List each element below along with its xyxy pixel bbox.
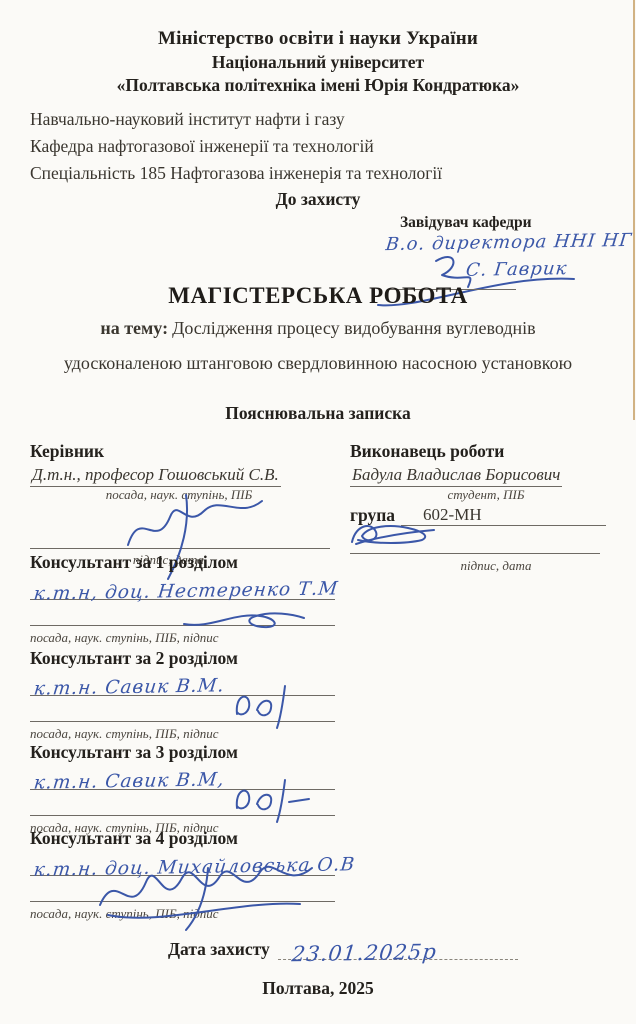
supervisor-label: Керівник: [30, 441, 342, 462]
department-head-label: Завідувач кафедри: [400, 214, 636, 232]
institute-block: Навчально-науковий інститут нафти і газу…: [30, 106, 442, 187]
topic-line-1: на тему: Дослідження процесу видобування…: [0, 318, 636, 339]
executor-label: Виконавець роботи: [350, 441, 606, 462]
consultant-3-signature-line: [30, 790, 335, 816]
executor-block: Виконавець роботи Бадула Владислав Борис…: [350, 441, 606, 574]
consultant-1-signature-icon: [180, 606, 310, 634]
specialty-line: Спеціальність 185 Нафтогазова інженерія …: [30, 160, 442, 187]
consultant-3-block: Консультант за 3 розділом к.т.н. Савик В…: [30, 742, 342, 836]
ministry-line: Міністерство освіти і науки України: [0, 28, 636, 50]
consultant-1-block: Консультант за 1 розділом к.т.н, доц. Не…: [30, 552, 342, 646]
consultant-4-signature-line: [30, 876, 335, 902]
defense-date-row: Дата захисту 23.01.2025р: [168, 936, 518, 960]
consultant-1-label: Консультант за 1 розділом: [30, 552, 342, 573]
consultant-1-handwriting-line: к.т.н, доц. Нестеренко Т.М: [30, 573, 335, 600]
city-year: Полтава, 2025: [262, 978, 373, 998]
subtitle-row: Пояснювальна записка: [0, 403, 636, 424]
department-head-signature-name: С. Гаврик: [465, 258, 569, 281]
consultant-2-signature-line: [30, 696, 335, 722]
consultant-2-label: Консультант за 2 розділом: [30, 648, 342, 669]
supervisor-name: Д.т.н., професор Гошовський С.В.: [30, 465, 281, 487]
header-block: Міністерство освіти і науки України Наці…: [0, 28, 636, 96]
topic-prefix: на тему:: [100, 318, 168, 338]
consultant-4-signature-icon: [90, 860, 320, 934]
to-defense-label: До захисту: [276, 189, 361, 209]
executor-signature-icon: [346, 516, 441, 552]
supervisor-signature-line: [30, 519, 330, 549]
page-title: МАГІСТЕРСЬКА РОБОТА: [168, 283, 467, 308]
consultant-2-signature-icon: [225, 682, 305, 732]
defense-date-handwriting: 23.01.2025р: [290, 940, 438, 967]
defense-date-line: 23.01.2025р: [278, 936, 518, 960]
consultant-4-block: Консультант за 4 розділом к.т.н. доц. Ми…: [30, 828, 342, 922]
title-row: МАГІСТЕРСЬКА РОБОТА: [0, 283, 636, 309]
consultant-3-signature-icon: [225, 776, 315, 826]
institute-line: Навчально-науковий інститут нафти і газу: [30, 106, 442, 133]
consultant-4-label: Консультант за 4 розділом: [30, 828, 342, 849]
city-row: Полтава, 2025: [0, 978, 636, 999]
executor-caption-1: студент, ПІБ: [386, 487, 586, 503]
university-line-1: Національний університет: [0, 52, 636, 73]
topic-line-2: удосконаленою штанговою свердловинною на…: [0, 353, 636, 374]
consultant-3-label: Консультант за 3 розділом: [30, 742, 342, 763]
topic-text-1: Дослідження процесу видобування вуглевод…: [172, 318, 536, 338]
consultant-2-block: Консультант за 2 розділом к.т.н. Савик В…: [30, 648, 342, 742]
subtitle: Пояснювальна записка: [225, 403, 410, 423]
consultant-1-signature-line: [30, 600, 335, 626]
university-line-2: «Полтавська політехніка імені Юрія Кондр…: [0, 75, 636, 96]
executor-name: Бадула Владислав Борисович: [350, 465, 562, 487]
to-defense-row: До захисту: [0, 189, 636, 210]
thesis-title-page: Міністерство освіти і науки України Наці…: [0, 0, 636, 1024]
executor-caption-2: підпис, дата: [396, 558, 596, 574]
defense-date-label: Дата захисту: [168, 939, 270, 960]
topic-text-2: удосконаленою штанговою свердловинною на…: [64, 353, 572, 373]
department-line: Кафедра нафтогазової інженерії та технол…: [30, 133, 442, 160]
executor-signature-line: [350, 528, 600, 554]
